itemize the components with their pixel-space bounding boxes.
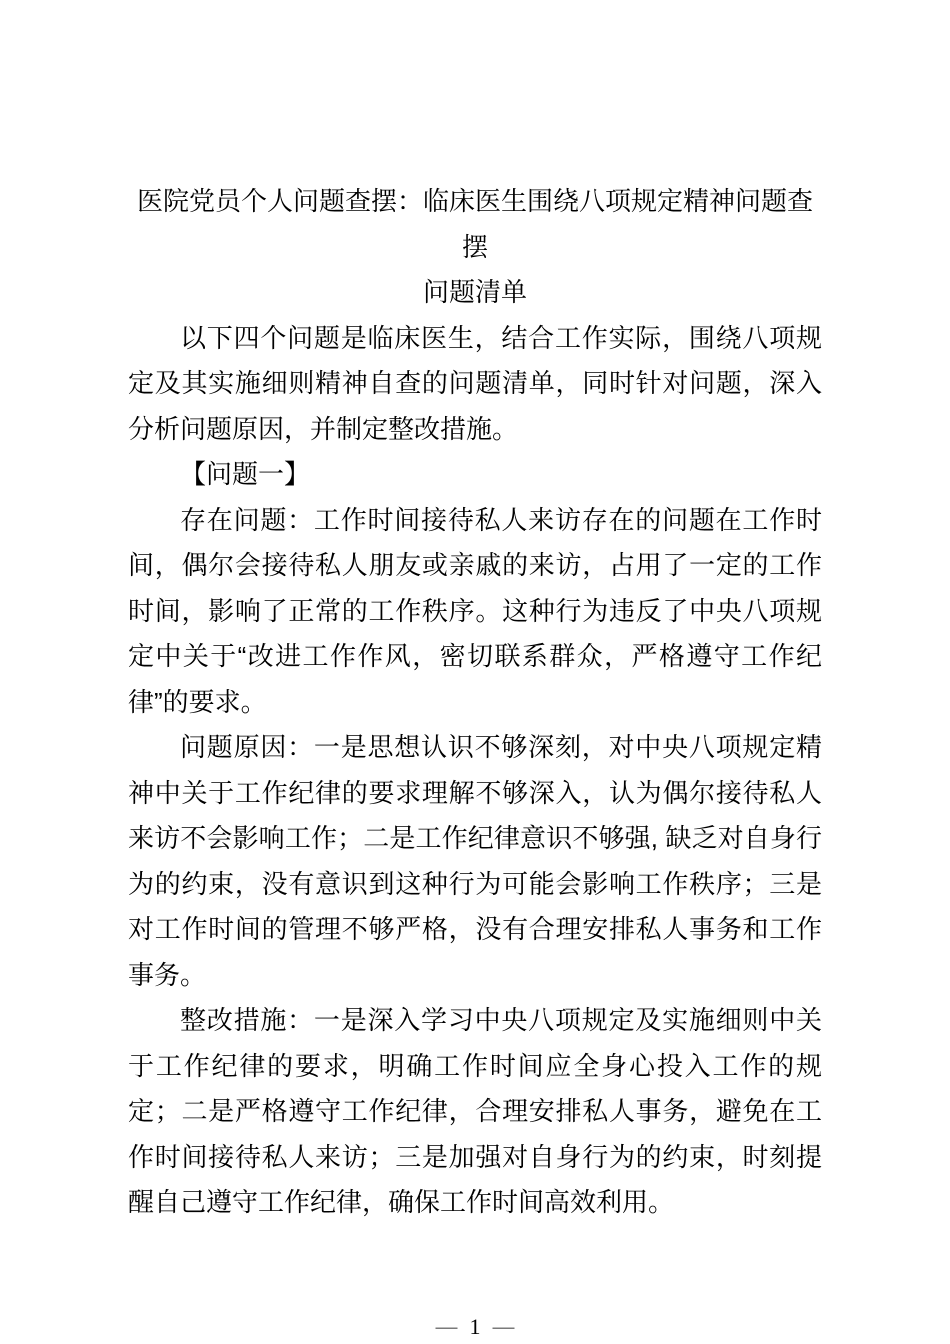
- page-number: 1: [470, 1314, 481, 1339]
- footer-dash-right: —: [493, 1314, 515, 1339]
- document-content: 医院党员个人问题查摆：临床医生围绕八项规定精神问题查摆 问题清单 以下四个问题是…: [128, 179, 822, 1226]
- footer-dash-left: —: [436, 1314, 458, 1339]
- document-page: 医院党员个人问题查摆：临床医生围绕八项规定精神问题查摆 问题清单 以下四个问题是…: [0, 0, 950, 1344]
- document-title: 医院党员个人问题查摆：临床医生围绕八项规定精神问题查摆 问题清单: [128, 179, 822, 316]
- paragraph-rectification-measures: 整改措施：一是深入学习中央八项规定及实施细则中关于工作纪律的要求，明确工作时间应…: [128, 998, 822, 1226]
- paragraph-existing-problem: 存在问题：工作时间接待私人来访存在的问题在工作时间，偶尔会接待私人朋友或亲戚的来…: [128, 498, 822, 726]
- paragraph-intro: 以下四个问题是临床医生，结合工作实际，围绕八项规定及其实施细则精神自查的问题清单…: [128, 316, 822, 453]
- title-line-2: 问题清单: [128, 270, 822, 316]
- section-heading-problem-1: 【问题一】: [128, 452, 822, 498]
- page-footer: —1—: [0, 1312, 950, 1342]
- title-line-1: 医院党员个人问题查摆：临床医生围绕八项规定精神问题查摆: [128, 179, 822, 270]
- paragraph-problem-cause: 问题原因：一是思想认识不够深刻，对中央八项规定精神中关于工作纪律的要求理解不够深…: [128, 725, 822, 998]
